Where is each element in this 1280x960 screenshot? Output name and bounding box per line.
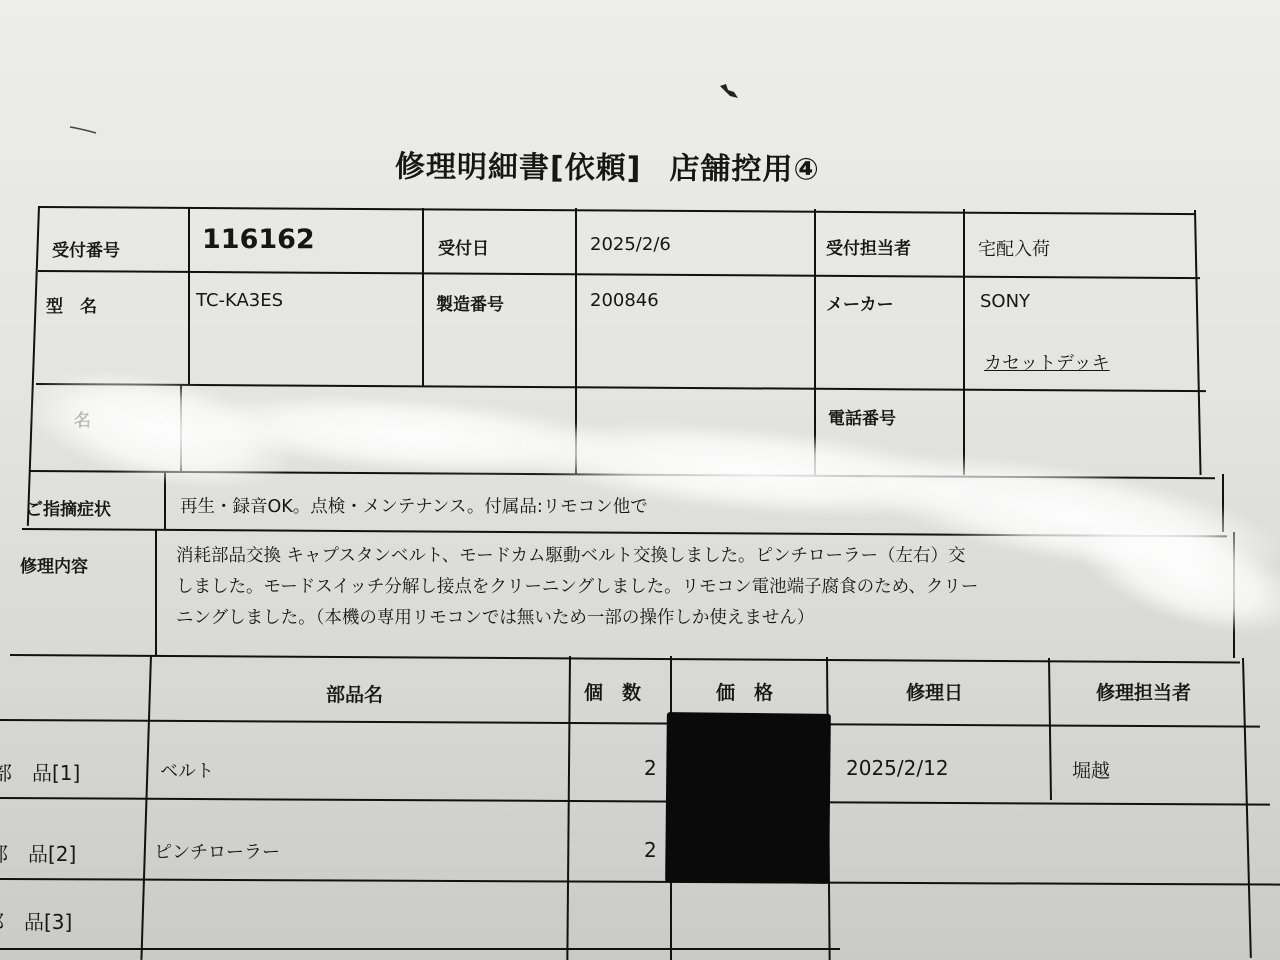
serial-value: 200846 xyxy=(590,290,659,311)
ink-mark xyxy=(70,120,98,130)
part-name: ベルト xyxy=(160,757,214,783)
maker-value: SONY xyxy=(980,291,1030,312)
repair-line: しました。モードスイッチ分解し接点をクリーニングしました。リモコン電池端子腐食の… xyxy=(176,572,978,603)
receptionist-value: 宅配入荷 xyxy=(978,235,1050,261)
row-label: 部 品[1] xyxy=(0,757,80,786)
grid-line xyxy=(566,656,571,960)
grid-line xyxy=(22,528,1227,537)
grid-line xyxy=(36,383,1206,392)
phone-label: 電話番号 xyxy=(828,404,896,429)
column-repair-date: 修理日 xyxy=(906,678,963,705)
grid-line xyxy=(188,207,190,385)
grid-line xyxy=(0,878,1280,886)
grid-line xyxy=(575,208,577,474)
grid-line xyxy=(27,206,40,526)
grid-line xyxy=(38,270,1200,279)
receptionist-label: 受付担当者 xyxy=(826,234,911,259)
reception-number-label: 受付番号 xyxy=(52,236,120,261)
grid-line xyxy=(180,384,182,472)
repair-line: ニングしました。（本機の専用リモコンでは無いため一部の操作しか使えません） xyxy=(176,603,978,634)
glare-reflection xyxy=(1071,498,1280,652)
technician: 堀越 xyxy=(1072,756,1110,783)
product-type-link[interactable]: カセットデッキ xyxy=(984,349,1110,375)
symptom-text: 再生・録音OK。点検・メンテナンス。付属品:リモコン他で xyxy=(180,493,648,518)
part-quantity: 2 xyxy=(644,838,657,862)
symptom-label: ご指摘症状 xyxy=(26,495,111,520)
glare-reflection xyxy=(198,385,622,484)
grid-line xyxy=(422,208,424,386)
serial-label: 製造番号 xyxy=(436,290,504,315)
grid-line xyxy=(1048,658,1052,800)
ink-speck xyxy=(718,82,740,102)
reception-number-value: 116162 xyxy=(202,224,315,255)
part-name: ピンチローラー xyxy=(154,838,280,864)
repair-date: 2025/2/12 xyxy=(846,756,949,780)
grid-line xyxy=(30,470,1215,479)
grid-line xyxy=(164,472,166,530)
repair-line: 消耗部品交換 キャプスタンベルト、モードカム駆動ベルト交換しました。ピンチローラ… xyxy=(176,541,978,572)
column-technician: 修理担当者 xyxy=(1096,678,1191,705)
column-quantity: 個 数 xyxy=(584,678,641,705)
document-title: 修理明細書[依頼]店舗控用④ xyxy=(395,142,820,189)
grid-line xyxy=(0,948,840,950)
model-value: TC-KA3ES xyxy=(196,290,283,311)
title-suffix: 店舗控用④ xyxy=(669,151,820,187)
column-part-name: 部品名 xyxy=(326,680,383,707)
grid-line xyxy=(0,719,1260,728)
repair-statement-sheet: 修理明細書[依頼]店舗控用④ 受付番号 116162 受付日 2025/2/6 … xyxy=(0,0,1280,960)
reception-date-label: 受付日 xyxy=(438,234,489,259)
grid-line xyxy=(0,797,1270,806)
grid-line xyxy=(814,209,816,475)
part-quantity: 2 xyxy=(644,756,657,780)
grid-line xyxy=(38,206,1196,215)
grid-line xyxy=(1233,532,1235,658)
glare-reflection xyxy=(22,354,297,506)
grid-line xyxy=(1242,658,1252,958)
row-label: 部 品[2] xyxy=(0,838,76,867)
reception-date-value: 2025/2/6 xyxy=(590,234,671,255)
grid-line xyxy=(10,654,1240,664)
grid-line xyxy=(155,530,157,656)
row-label: 部 品[3] xyxy=(0,906,72,935)
grid-line xyxy=(1194,210,1202,475)
customer-name-label: 名 xyxy=(74,406,91,431)
grid-line xyxy=(1222,474,1224,532)
column-price: 価 格 xyxy=(716,678,773,705)
repair-content-label: 修理内容 xyxy=(20,552,88,577)
title-main: 修理明細書[依頼] xyxy=(395,150,642,187)
grid-line xyxy=(963,209,965,475)
repair-content-text: 消耗部品交換 キャプスタンベルト、モードカム駆動ベルト交換しました。ピンチローラ… xyxy=(176,541,978,634)
model-label: 型 名 xyxy=(46,292,97,317)
redacted-price-block xyxy=(665,712,831,884)
maker-label: メーカー xyxy=(826,290,894,315)
grid-line xyxy=(140,655,152,960)
